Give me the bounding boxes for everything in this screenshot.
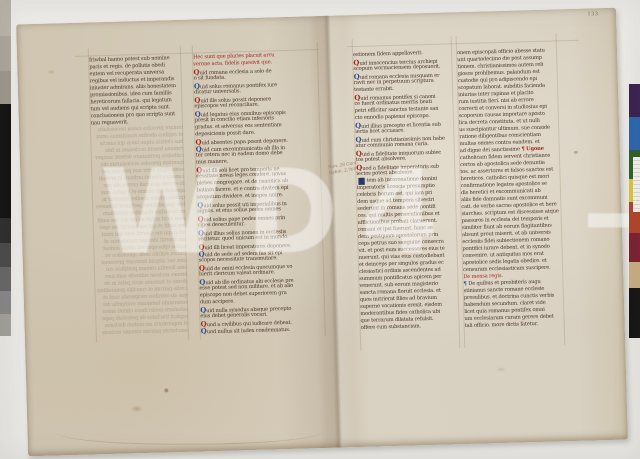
pilcrow-mark: ¶ bbox=[463, 281, 468, 287]
calibration-sticker bbox=[633, 157, 640, 212]
colored-initial-Q: Q bbox=[355, 121, 361, 129]
calibration-step bbox=[629, 262, 640, 288]
text-column-right-page-a: estionem fidem appellaverit.Quid innocen… bbox=[353, 49, 459, 332]
grayscale-calibration-wedge bbox=[0, 0, 11, 336]
colored-initial-Q: Q bbox=[355, 135, 361, 143]
colored-initial-Q: Q bbox=[199, 263, 205, 271]
text-column-right-page-b: onem episcopali officio abesse statuunt … bbox=[457, 47, 564, 330]
calibration-step bbox=[629, 233, 640, 262]
parchment-crease bbox=[55, 417, 323, 445]
colored-initial-Q: Q bbox=[196, 165, 202, 173]
colored-initial-Q: Q bbox=[194, 95, 200, 103]
colored-initial-Q: Q bbox=[201, 326, 207, 334]
calibration-step bbox=[629, 117, 640, 150]
calibration-step bbox=[0, 314, 11, 336]
colored-initial-Q: Q bbox=[200, 305, 206, 313]
calibration-step bbox=[0, 267, 11, 291]
colored-initial-Q: Q bbox=[195, 137, 201, 145]
colored-initial-Q: Q bbox=[199, 277, 205, 285]
colored-initial-Q: Q bbox=[353, 58, 359, 66]
colored-initial-Q: Q bbox=[356, 163, 362, 171]
manuscript-text-line: sanctorum patrum romane ecclesie bbox=[97, 328, 189, 338]
colored-initial-Q: Q bbox=[200, 319, 206, 327]
colored-initial-Q: Q bbox=[198, 242, 204, 250]
colored-initial-Q: Q bbox=[354, 72, 360, 80]
calibration-step bbox=[0, 291, 11, 314]
colored-initial-Q: Q bbox=[198, 249, 204, 257]
colored-initial-Q: Q bbox=[196, 144, 202, 152]
manuscript-text-line: offere cum substanciam. bbox=[361, 322, 459, 332]
calibration-step bbox=[0, 0, 11, 36]
calibration-step bbox=[629, 288, 640, 338]
calibration-step bbox=[629, 84, 640, 117]
colored-initial-Q: Q bbox=[354, 93, 360, 101]
rubric-inline: ¶ Ugone bbox=[520, 146, 544, 153]
manuscript-bifolium: 133 Non. 28 Cant. Gabin. 2.769 friwbal h… bbox=[16, 8, 628, 457]
stain bbox=[164, 388, 168, 392]
colored-initial-Q: Q bbox=[194, 81, 200, 89]
colored-initial-Q: Q bbox=[195, 109, 201, 117]
photograph-background: { "photo": { "watermark_text": "WD4", "w… bbox=[0, 0, 640, 459]
manuscript-text-line: tali officio. more dictis fatetur. bbox=[465, 320, 564, 330]
text-column-left-page-a: friwbal hanno potest sub nominepacis et … bbox=[89, 55, 189, 337]
ruling-line bbox=[347, 40, 579, 47]
colored-initial-Q: Q bbox=[198, 228, 204, 236]
colored-initial-Q: Q bbox=[197, 200, 203, 208]
folio-number: 133 bbox=[576, 11, 610, 18]
calibration-step bbox=[0, 36, 11, 71]
calibration-step bbox=[0, 104, 11, 218]
colored-initial-Q: Q bbox=[193, 67, 199, 75]
illuminated-initial-I bbox=[358, 177, 364, 185]
colored-initial-Q: Q bbox=[197, 214, 203, 222]
colored-initial-Q: Q bbox=[356, 149, 362, 157]
stain bbox=[131, 405, 143, 412]
stain bbox=[496, 367, 506, 372]
text-column-left-page-b: Hec sunt que pluries placuit arcuverone … bbox=[193, 51, 325, 334]
calibration-step bbox=[0, 243, 11, 267]
stain bbox=[47, 69, 55, 74]
stain bbox=[574, 151, 578, 154]
calibration-step bbox=[0, 218, 11, 243]
calibration-step bbox=[0, 71, 11, 104]
